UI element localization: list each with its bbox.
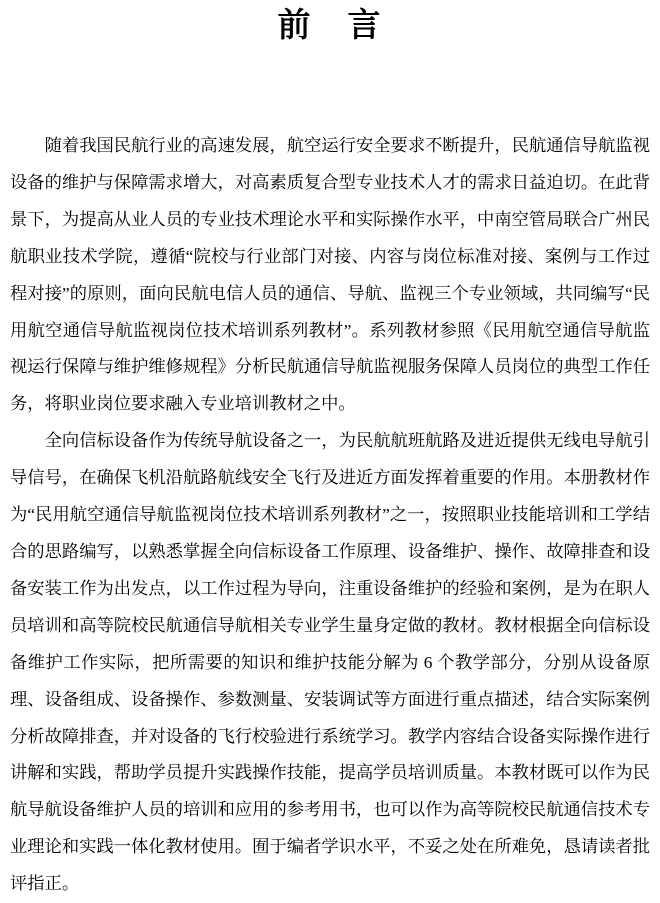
preface-body: 随着我国民航行业的高速发展，航空运行安全要求不断提升，民航通信导航监视设备的维护… — [10, 128, 650, 903]
page-title: 前 言 — [10, 0, 650, 46]
preface-paragraph-1: 随着我国民航行业的高速发展，航空运行安全要求不断提升，民航通信导航监视设备的维护… — [10, 128, 650, 423]
preface-paragraph-2: 全向信标设备作为传统导航设备之一，为民航航班航路及进近提供无线电导航引导信号，在… — [10, 423, 650, 903]
preface-page: 前 言 随着我国民航行业的高速发展，航空运行安全要求不断提升，民航通信导航监视设… — [0, 0, 660, 903]
